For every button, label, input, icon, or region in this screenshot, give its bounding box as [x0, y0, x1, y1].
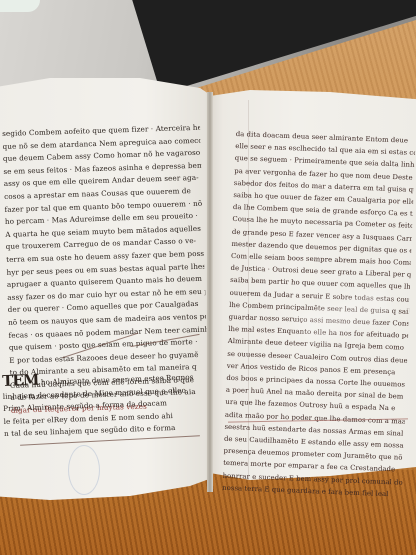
left-page-new-section: TEM ho Almirante deue seer em estes Regn…: [2, 368, 202, 441]
book-gutter: [207, 92, 213, 492]
library-stamp-faint: [68, 445, 100, 495]
window-glare: [0, 0, 40, 12]
photo-scene: segido Combem aofeito que quem fizer · A…: [0, 0, 416, 555]
